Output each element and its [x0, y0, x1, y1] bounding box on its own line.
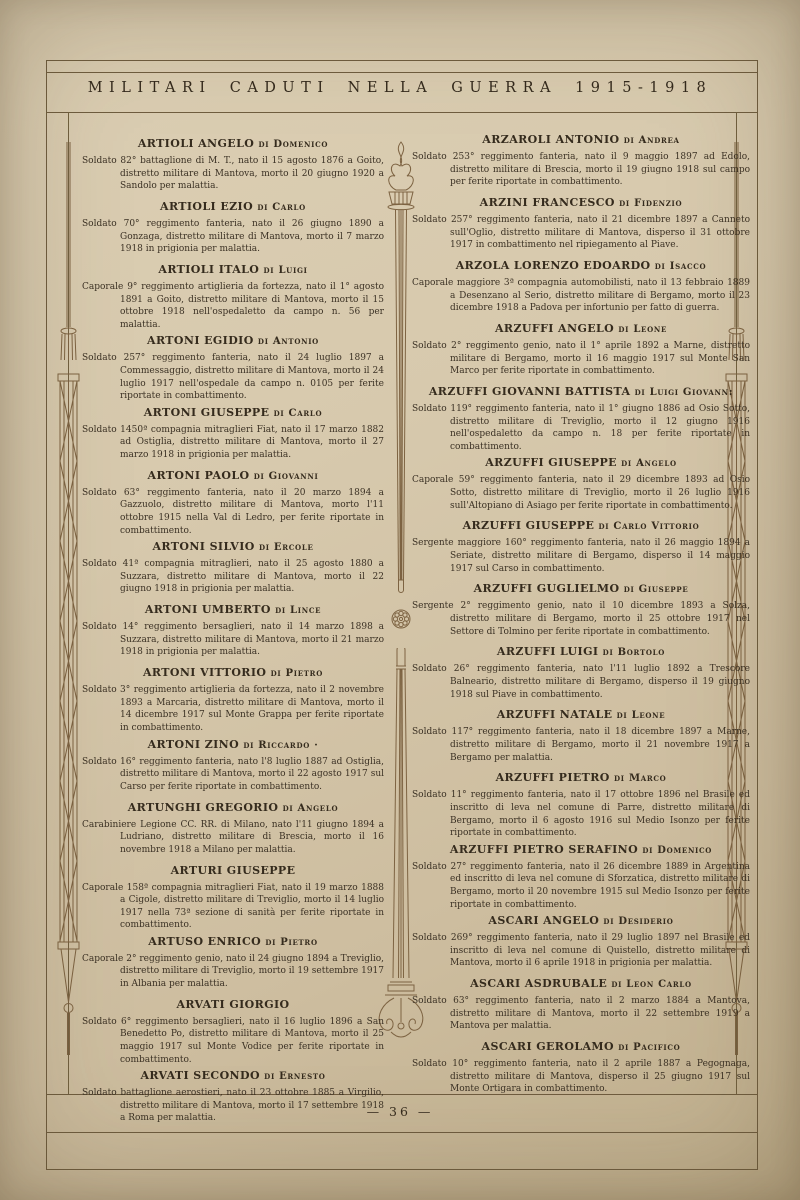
soldier-record: Caporale 2° reggimento genio, nato il 24… [82, 953, 384, 991]
soldier-patronymic: di Leon Carlo [611, 979, 692, 990]
soldier-record: Soldato 63° reggimento fanteria, nato il… [412, 995, 750, 1033]
soldier-name: ARZUFFI PIETRO SERAFINO [450, 843, 638, 856]
soldier-record: Caporale 158ª compagnia mitraglieri Fiat… [82, 882, 384, 932]
soldier-name: ARTURI GIUSEPPE [171, 864, 296, 877]
soldier-entry: ARTONI PAOLO di Giovanni Soldato 63° reg… [82, 469, 384, 537]
soldier-record: Soldato 26° reggimento fanteria, nato l'… [412, 663, 750, 701]
soldier-name-heading: ARZUFFI GIUSEPPE di Angelo [412, 456, 750, 469]
soldier-name: ARZOLA LORENZO EDOARDO [456, 259, 651, 272]
soldier-entry: ARTONI VITTORIO di Pietro Soldato 3° reg… [82, 666, 384, 734]
soldier-record: Soldato 253° reggimento fanteria, nato i… [412, 151, 750, 189]
soldier-record: Sergente maggiore 160° reggimento fanter… [412, 537, 750, 575]
soldier-record: Soldato 10° reggimento fanteria, nato il… [412, 1058, 750, 1096]
soldier-record: Soldato 6° reggimento bersaglieri, nato … [82, 1016, 384, 1066]
soldier-patronymic: di Isacco [655, 261, 707, 272]
page-title: MILITARI CADUTI NELLA GUERRA 1915-1918 [0, 80, 800, 96]
soldier-record: Soldato 63° reggimento fanteria, nato il… [82, 487, 384, 537]
soldier-patronymic: di Desiderio [603, 916, 673, 927]
soldier-entry: ARZOLA LORENZO EDOARDO di Isacco Caporal… [412, 259, 750, 319]
soldier-entry: ARZUFFI GUGLIELMO di Giuseppe Sergente 2… [412, 582, 750, 642]
soldier-entry: ARTONI SILVIO di Ercole Soldato 41ª comp… [82, 540, 384, 600]
soldier-patronymic: di Andrea [624, 135, 680, 146]
soldier-name-heading: ARTONI PAOLO di Giovanni [82, 469, 384, 482]
soldier-name-heading: ARZUFFI GIOVANNI BATTISTA di Luigi Giova… [412, 385, 750, 398]
soldier-record: Soldato 1450ª compagnia mitraglieri Fiat… [82, 424, 384, 462]
soldier-patronymic: di Pacifico [618, 1042, 680, 1053]
soldier-record: Caporale maggiore 3ª compagnia automobil… [412, 277, 750, 315]
book-page: MILITARI CADUTI NELLA GUERRA 1915-1918 [0, 0, 800, 1200]
soldier-record: Soldato 82° battaglione di M. T., nato i… [82, 155, 384, 193]
soldier-entry: ARZUFFI PIETRO di Marco Soldato 11° regg… [412, 771, 750, 839]
soldier-name: ARZUFFI GIOVANNI BATTISTA [429, 385, 631, 398]
soldier-entry: ARTONI GIUSEPPE di Carlo Soldato 1450ª c… [82, 406, 384, 466]
soldier-name-heading: ARZUFFI LUIGI di Bortolo [412, 645, 750, 658]
soldier-patronymic: di Angelo [621, 458, 677, 469]
soldier-patronymic: di Domenico [258, 139, 328, 150]
soldier-patronymic: di Pietro [271, 668, 323, 679]
soldier-record: Sergente 2° reggimento genio, nato il 10… [412, 600, 750, 638]
header-rule-top [46, 72, 758, 73]
soldier-name-heading: ARZUFFI GUGLIELMO di Giuseppe [412, 582, 750, 595]
entries-column-left: ARTIOLI ANGELO di Domenico Soldato 82° b… [82, 137, 384, 1132]
soldier-name: ARZUFFI NATALE [497, 708, 613, 721]
soldier-record: Soldato 70° reggimento fanteria, nato il… [82, 218, 384, 256]
soldier-record: Carabiniere Legione CC. RR. di Milano, n… [82, 819, 384, 857]
soldier-record: Soldato 16° reggimento fanteria, nato l'… [82, 756, 384, 794]
soldier-name-heading: ARTUSO ENRICO di Pietro [82, 935, 384, 948]
soldier-entry: ARTURI GIUSEPPE Caporale 158ª compagnia … [82, 864, 384, 932]
soldier-record: Soldato 11° reggimento fanteria, nato il… [412, 789, 750, 839]
soldier-record: Soldato 41ª compagnia mitraglieri, nato … [82, 558, 384, 596]
soldier-record: Soldato 269° reggimento fanteria, nato i… [412, 932, 750, 970]
soldier-entry: ARTIOLI ITALO di Luigi Caporale 9° reggi… [82, 263, 384, 331]
soldier-name: ARTUSO ENRICO [148, 935, 261, 948]
soldier-entry: ARVATI GIORGIO Soldato 6° reggimento ber… [82, 998, 384, 1066]
soldier-name: ARTIOLI EZIO [160, 200, 253, 213]
soldier-name: ARZAROLI ANTONIO [482, 133, 619, 146]
soldier-name: ARZUFFI PIETRO [496, 771, 610, 784]
soldier-entry: ARZUFFI GIOVANNI BATTISTA di Luigi Giova… [412, 385, 750, 453]
page-number: — 36 — [0, 1104, 800, 1119]
soldier-name-heading: ARZUFFI NATALE di Leone [412, 708, 750, 721]
soldier-entry: ARZAROLI ANTONIO di Andrea Soldato 253° … [412, 133, 750, 193]
soldier-name-heading: ARTIOLI ITALO di Luigi [82, 263, 384, 276]
soldier-entry: ARTIOLI ANGELO di Domenico Soldato 82° b… [82, 137, 384, 197]
soldier-patronymic: di Carlo [274, 408, 323, 419]
soldier-name-heading: ASCARI ASDRUBALE di Leon Carlo [412, 977, 750, 990]
flame-icon [389, 142, 414, 190]
soldier-record: Soldato 2° reggimento genio, nato il 1° … [412, 340, 750, 378]
soldier-entry: ASCARI ASDRUBALE di Leon Carlo Soldato 6… [412, 977, 750, 1037]
soldier-name-heading: ARTONI EGIDIO di Antonio [82, 334, 384, 347]
soldier-name: ARTUNGHI GREGORIO [128, 801, 279, 814]
soldier-entry: ASCARI GEROLAMO di Pacifico Soldato 10° … [412, 1040, 750, 1100]
soldier-name: ARZUFFI ANGELO [495, 322, 614, 335]
soldier-patronymic: di Antonio [258, 336, 319, 347]
soldier-name: ARZUFFI LUIGI [497, 645, 599, 658]
soldier-name-heading: ASCARI GEROLAMO di Pacifico [412, 1040, 750, 1053]
soldier-record: Soldato 117° reggimento fanteria, nato i… [412, 726, 750, 764]
soldier-name-heading: ARTIOLI EZIO di Carlo [82, 200, 384, 213]
soldier-name-heading: ARTURI GIUSEPPE [82, 864, 384, 877]
soldier-name-heading: ARTONI SILVIO di Ercole [82, 540, 384, 553]
soldier-record: Soldato 27° reggimento fanteria, nato il… [412, 861, 750, 911]
soldier-name-heading: ARZUFFI GIUSEPPE di Carlo Vittorio [412, 519, 750, 532]
soldier-name: ARTONI GIUSEPPE [144, 406, 270, 419]
soldier-record: Soldato 119° reggimento fanteria, nato i… [412, 403, 750, 453]
soldier-patronymic: di Bortolo [603, 647, 665, 658]
soldier-name: ARZUFFI GUGLIELMO [474, 582, 620, 595]
soldier-patronymic: di Carlo [257, 202, 306, 213]
soldier-name-heading: ARTONI VITTORIO di Pietro [82, 666, 384, 679]
soldier-name-heading: ARTONI ZINO di Riccardo · [82, 738, 384, 751]
soldier-name: ASCARI GEROLAMO [482, 1040, 614, 1053]
soldier-name-heading: ARZUFFI ANGELO di Leone [412, 322, 750, 335]
entries-column-right: ARZAROLI ANTONIO di Andrea Soldato 253° … [412, 133, 750, 1103]
soldier-patronymic: di Ernesto [264, 1071, 325, 1082]
soldier-name: ARTONI PAOLO [148, 469, 250, 482]
header-rule-bottom [46, 112, 758, 113]
soldier-entry: ASCARI ANGELO di Desiderio Soldato 269° … [412, 914, 750, 974]
soldier-patronymic: di Carlo Vittorio [598, 521, 699, 532]
soldier-entry: ARZUFFI ANGELO di Leone Soldato 2° reggi… [412, 322, 750, 382]
soldier-patronymic: di Giovanni [254, 471, 319, 482]
soldier-name: ARTONI EGIDIO [147, 334, 254, 347]
soldier-patronymic: di Riccardo · [243, 740, 318, 751]
soldier-entry: ARTUNGHI GREGORIO di Angelo Carabiniere … [82, 801, 384, 861]
soldier-name-heading: ARTUNGHI GREGORIO di Angelo [82, 801, 384, 814]
soldier-record: Soldato 3° reggimento artiglieria da for… [82, 684, 384, 734]
soldier-patronymic: di Fidenzio [619, 198, 682, 209]
soldier-entry: ARZUFFI LUIGI di Bortolo Soldato 26° reg… [412, 645, 750, 705]
soldier-entry: ARZUFFI GIUSEPPE di Angelo Caporale 59° … [412, 456, 750, 516]
soldier-patronymic: di Lince [275, 605, 321, 616]
soldier-record: Soldato 257° reggimento fanteria, nato i… [82, 352, 384, 402]
soldier-name: ARTONI VITTORIO [143, 666, 266, 679]
soldier-name-heading: ARZUFFI PIETRO SERAFINO di Domenico [412, 843, 750, 856]
soldier-name-heading: ARZUFFI PIETRO di Marco [412, 771, 750, 784]
soldier-patronymic: di Ercole [259, 542, 314, 553]
soldier-record: Soldato 257° reggimento fanteria, nato i… [412, 214, 750, 252]
soldier-name: ARTONI ZINO [148, 738, 240, 751]
soldier-name-heading: ARTIOLI ANGELO di Domenico [82, 137, 384, 150]
soldier-name: ARVATI SECONDO [140, 1069, 260, 1082]
soldier-name: ASCARI ASDRUBALE [470, 977, 607, 990]
soldier-entry: ARTONI ZINO di Riccardo · Soldato 16° re… [82, 738, 384, 798]
soldier-patronymic: di Leone [618, 324, 667, 335]
soldier-entry: ARZUFFI NATALE di Leone Soldato 117° reg… [412, 708, 750, 768]
soldier-name: ARTONI SILVIO [153, 540, 255, 553]
soldier-entry: ARZUFFI GIUSEPPE di Carlo Vittorio Serge… [412, 519, 750, 579]
soldier-name: ASCARI ANGELO [488, 914, 599, 927]
soldier-name-heading: ASCARI ANGELO di Desiderio [412, 914, 750, 927]
soldier-name: ARZUFFI GIUSEPPE [463, 519, 595, 532]
soldier-entry: ARZINI FRANCESCO di Fidenzio Soldato 257… [412, 196, 750, 256]
soldier-entry: ARTIOLI EZIO di Carlo Soldato 70° reggim… [82, 200, 384, 260]
soldier-name-heading: ARVATI GIORGIO [82, 998, 384, 1011]
soldier-patronymic: di Pietro [265, 937, 317, 948]
soldier-patronymic: di Domenico [642, 845, 712, 856]
soldier-name: ARTIOLI ANGELO [138, 137, 254, 150]
soldier-record: Soldato 14° reggimento bersaglieri, nato… [82, 621, 384, 659]
soldier-patronymic: di Leone [617, 710, 666, 721]
soldier-name-heading: ARTONI GIUSEPPE di Carlo [82, 406, 384, 419]
soldier-name-heading: ARVATI SECONDO di Ernesto [82, 1069, 384, 1082]
soldier-entry: ARZUFFI PIETRO SERAFINO di Domenico Sold… [412, 843, 750, 911]
soldier-entry: ARTUSO ENRICO di Pietro Caporale 2° regg… [82, 935, 384, 995]
soldier-name-heading: ARZOLA LORENZO EDOARDO di Isacco [412, 259, 750, 272]
soldier-patronymic: di Luigi Giovann: [635, 387, 733, 398]
soldier-name-heading: ARZINI FRANCESCO di Fidenzio [412, 196, 750, 209]
soldier-name: ARTIOLI ITALO [158, 263, 259, 276]
soldier-patronymic: di Luigi [264, 265, 308, 276]
soldier-record: Caporale 9° reggimento artiglieria da fo… [82, 281, 384, 331]
rosette-icon [392, 610, 410, 628]
soldier-name: ARVATI GIORGIO [176, 998, 289, 1011]
soldier-patronymic: di Angelo [283, 803, 339, 814]
soldier-record: Caporale 59° reggimento fanteria, nato i… [412, 474, 750, 512]
soldier-name-heading: ARZAROLI ANTONIO di Andrea [412, 133, 750, 146]
soldier-patronymic: di Marco [614, 773, 666, 784]
soldier-name-heading: ARTONI UMBERTO di Lince [82, 603, 384, 616]
soldier-entry: ARVATI SECONDO di Ernesto Soldato battag… [82, 1069, 384, 1129]
soldier-entry: ARTONI UMBERTO di Lince Soldato 14° regg… [82, 603, 384, 663]
soldier-patronymic: di Giuseppe [624, 584, 689, 595]
soldier-name: ARZINI FRANCESCO [480, 196, 615, 209]
soldier-name: ARZUFFI GIUSEPPE [485, 456, 617, 469]
soldier-entry: ARTONI EGIDIO di Antonio Soldato 257° re… [82, 334, 384, 402]
soldier-name: ARTONI UMBERTO [145, 603, 271, 616]
